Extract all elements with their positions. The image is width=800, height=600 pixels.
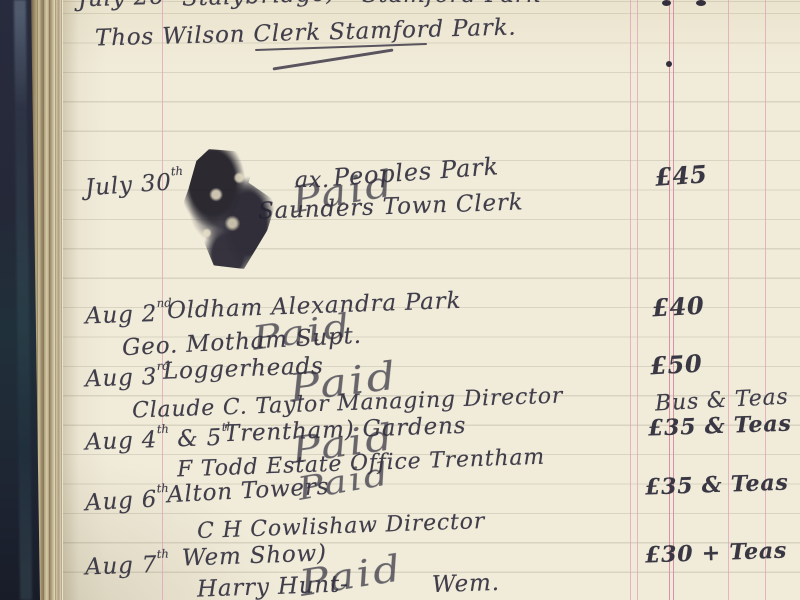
entry-date: Aug 2nd <box>84 295 172 329</box>
entry-date: Aug 6th <box>84 481 170 516</box>
entry-contact-2: Wem. <box>432 570 501 598</box>
scanned-ledger-photo: July 26 Stalybridge) Stamford Park Thos … <box>0 0 800 600</box>
column-rule-line <box>765 0 766 600</box>
date-text: Aug 4 <box>85 427 158 456</box>
ink-blot-texture <box>172 149 288 269</box>
entry-date: Aug 7th <box>84 547 169 581</box>
entry-amount: £30 + Teas <box>645 538 788 569</box>
date-text: Aug 2 <box>85 301 158 330</box>
entry-venue-2: Stamford Park <box>362 0 541 8</box>
entry-amount: £45 <box>654 159 708 192</box>
date-ordinal: th <box>157 547 170 561</box>
date-text: Aug 6 <box>85 486 158 516</box>
date-text-2: & 5 <box>169 425 223 453</box>
date-text: Aug 3 <box>85 364 158 393</box>
entry-amount: £50 <box>649 349 703 381</box>
ink-speck <box>696 0 706 6</box>
entry-amount: £40 <box>651 291 705 323</box>
entry-amount: £35 & Teas <box>648 411 792 442</box>
column-rule-line <box>728 0 729 600</box>
ink-dot <box>666 61 672 67</box>
ink-speck <box>662 0 671 6</box>
date-text: Aug 7 <box>85 552 158 581</box>
column-rule-line <box>637 0 638 600</box>
entry-date: Aug 3rd <box>84 359 170 393</box>
column-rule-line <box>630 0 631 600</box>
entry-amount: £35 & Teas <box>645 470 789 501</box>
date-ordinal: th <box>157 422 170 436</box>
entry-date: Aug 4th & 5th <box>85 419 235 455</box>
